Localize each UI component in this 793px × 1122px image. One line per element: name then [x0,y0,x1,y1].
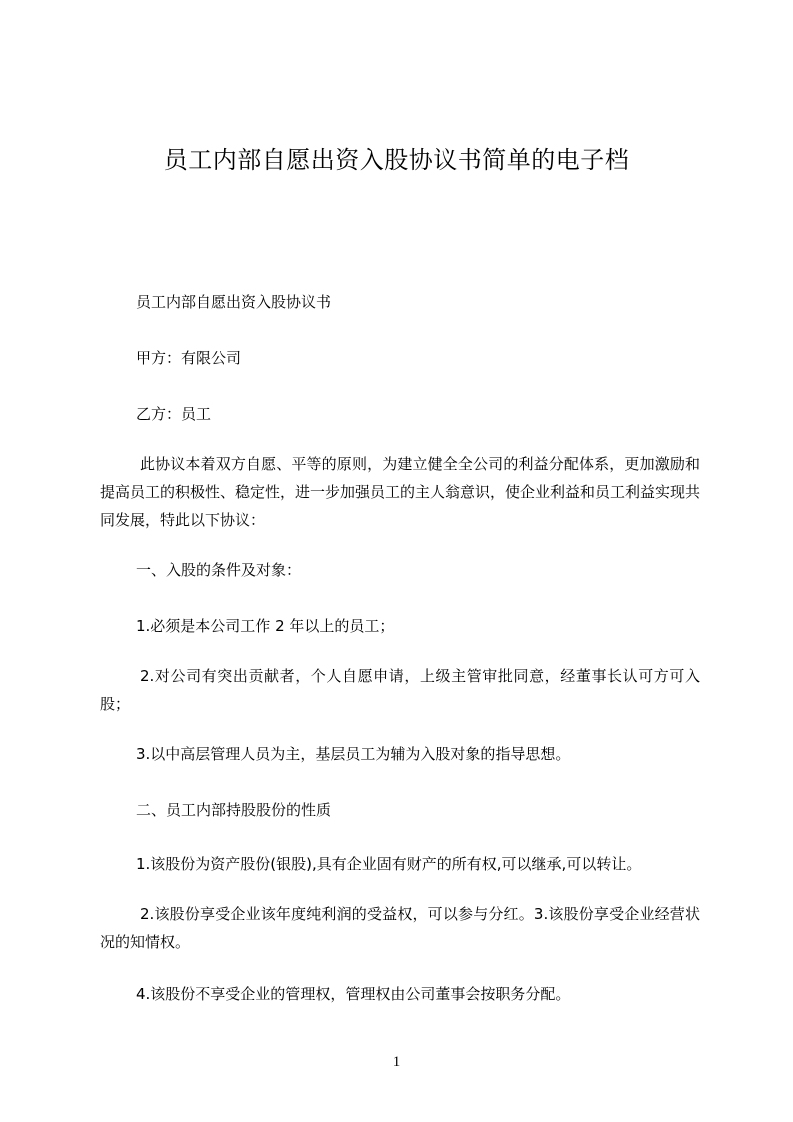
section-1-heading: 一、入股的条件及对象： [100,556,700,584]
section-1-item-2: 2.对公司有突出贡献者，个人自愿申请，上级主管审批同意，经董事长认可方可入股； [100,662,700,718]
section-2-item-1: 1.该股份为资产股份(银股),具有企业固有财产的所有权,可以继承,可以转让。 [100,850,700,878]
document-title: 员工内部自愿出资入股协议书简单的电子档 [0,140,793,175]
section-2-item-2-3: 2.该股份享受企业该年度纯利润的受益权，可以参与分红。3.该股份享受企业经营状况… [100,900,700,956]
document-page: 员工内部自愿出资入股协议书简单的电子档 员工内部自愿出资入股协议书 甲方：有限公… [0,0,793,1122]
preamble-paragraph: 此协议本着双方自愿、平等的原则，为建立健全全公司的利益分配体系，更加激励和提高员… [100,450,700,534]
party-b: 乙方：员工 [100,400,700,428]
agreement-heading: 员工内部自愿出资入股协议书 [100,288,700,316]
party-a: 甲方：有限公司 [100,344,700,372]
section-2-heading: 二、员工内部持股股份的性质 [100,796,700,824]
section-2-item-4: 4.该股份不享受企业的管理权，管理权由公司董事会按职务分配。 [100,980,700,1008]
section-1-item-1: 1.必须是本公司工作 2 年以上的员工； [100,612,700,640]
page-number: 1 [0,1054,793,1071]
section-1-item-3: 3.以中高层管理人员为主，基层员工为辅为入股对象的指导思想。 [100,740,700,768]
